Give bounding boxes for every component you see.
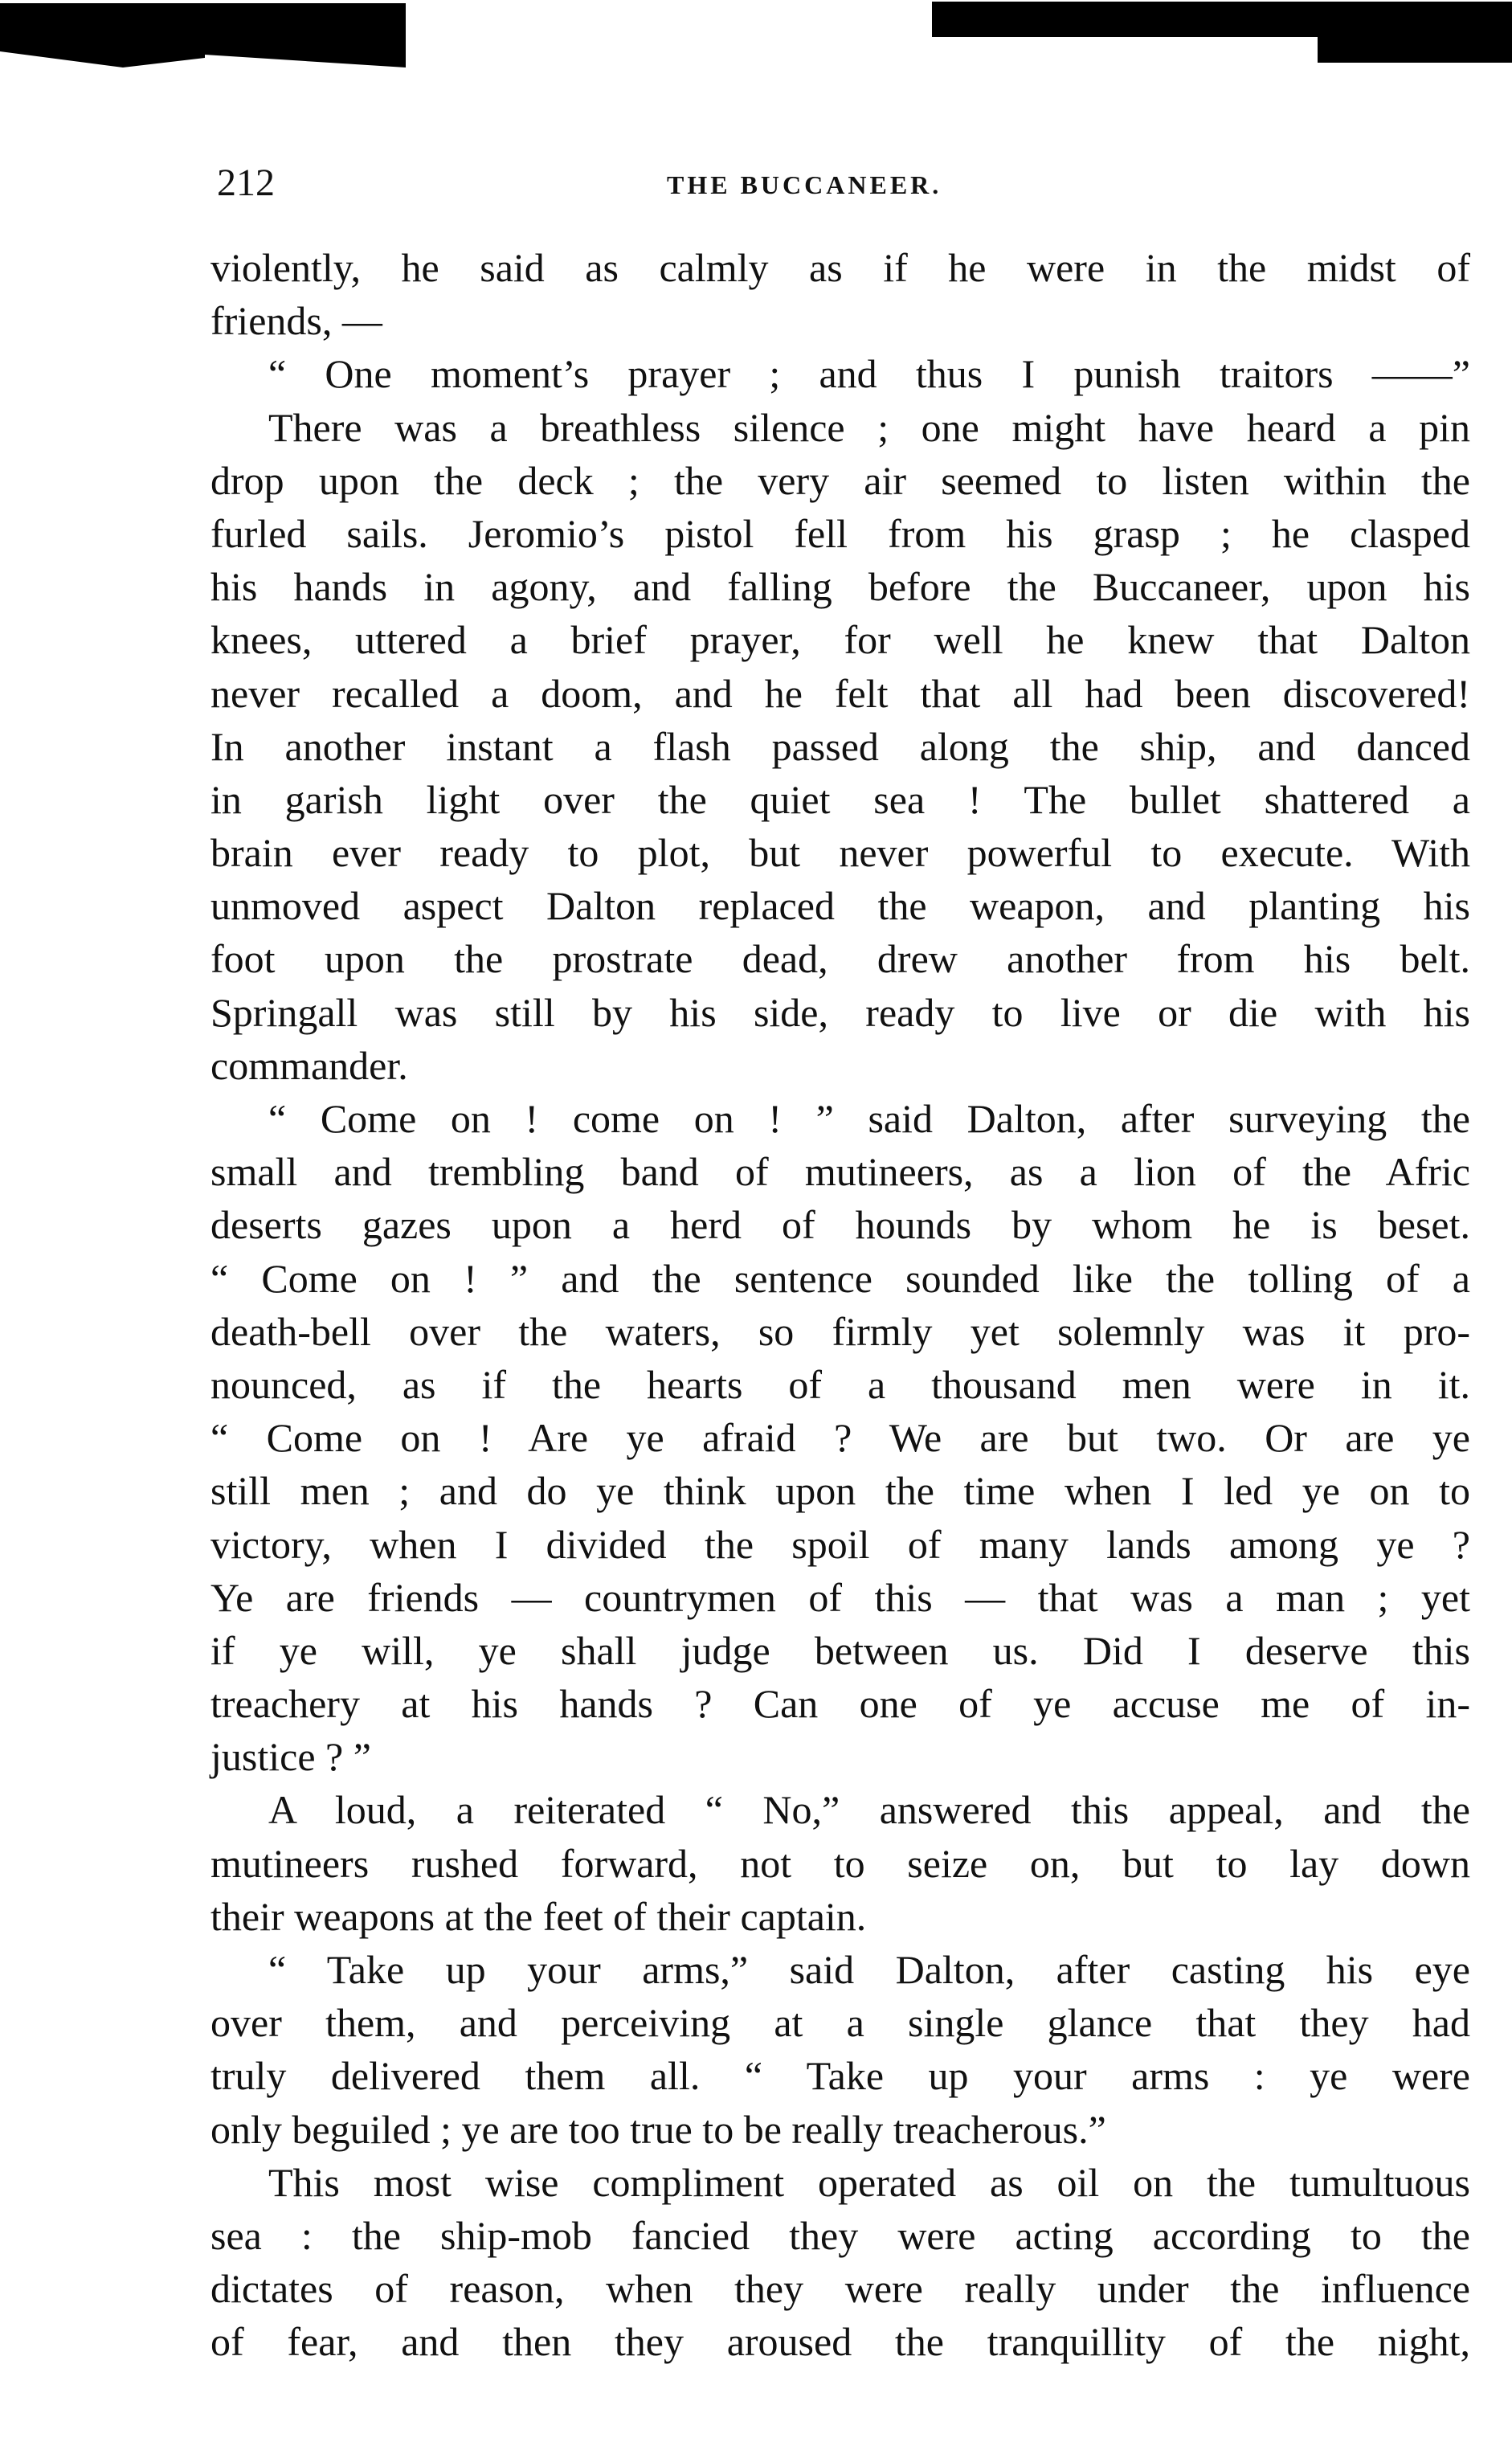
- text-line: over them, and perceiving at a single gl…: [210, 1996, 1470, 2049]
- text-line: This most wise compliment operated as oi…: [210, 2156, 1470, 2209]
- text-line: foot upon the prostrate dead, drew anoth…: [210, 932, 1470, 985]
- text-line: sea : the ship-mob fancied they were act…: [210, 2209, 1470, 2262]
- scan-edge-left-inner: [205, 3, 406, 67]
- text-line: justice ? ”: [210, 1730, 1470, 1783]
- text-line: furled sails. Jeromio’s pistol fell from…: [210, 507, 1470, 560]
- text-line: treachery at his hands ? Can one of ye a…: [210, 1677, 1470, 1730]
- text-line: brain ever ready to plot, but never powe…: [210, 826, 1470, 879]
- text-line: their weapons at the feet of their capta…: [210, 1890, 1470, 1943]
- text-line: nounced, as if the hearts of a thousand …: [210, 1358, 1470, 1411]
- text-line: mutineers rushed forward, not to seize o…: [210, 1837, 1470, 1890]
- text-line: violently, he said as calmly as if he we…: [210, 241, 1470, 294]
- text-line: in garish light over the quiet sea ! The…: [210, 773, 1470, 826]
- text-line: if ye will, ye shall judge between us. D…: [210, 1624, 1470, 1677]
- text-line: friends, —: [210, 294, 1470, 347]
- text-line: never recalled a doom, and he felt that …: [210, 667, 1470, 720]
- text-line: drop upon the deck ; the very air seemed…: [210, 454, 1470, 507]
- text-line: knees, uttered a brief prayer, for well …: [210, 613, 1470, 666]
- page-header: 212 THE BUCCANEER.: [217, 161, 1470, 217]
- text-line: Ye are friends — countrymen of this — th…: [210, 1571, 1470, 1624]
- text-line: small and trembling band of mutineers, a…: [210, 1145, 1470, 1198]
- text-line: “ Come on ! come on ! ” said Dalton, aft…: [210, 1092, 1470, 1145]
- text-line: only beguiled ; ye are too true to be re…: [210, 2103, 1470, 2156]
- text-line: deserts gazes upon a herd of hounds by w…: [210, 1198, 1470, 1251]
- text-line: “ Come on ! ” and the sentence sounded l…: [210, 1252, 1470, 1305]
- scan-edge-left: [0, 3, 205, 67]
- text-line: dictates of reason, when they were reall…: [210, 2262, 1470, 2315]
- text-line: “ Come on ! Are ye afraid ? We are but t…: [210, 1411, 1470, 1464]
- text-line: of fear, and then they aroused the tranq…: [210, 2315, 1470, 2368]
- text-line: unmoved aspect Dalton replaced the weapo…: [210, 879, 1470, 932]
- text-line: “ Take up your arms,” said Dalton, after…: [210, 1943, 1470, 1996]
- body-text: violently, he said as calmly as if he we…: [210, 241, 1470, 2369]
- text-line: A loud, a reiterated “ No,” answered thi…: [210, 1783, 1470, 1836]
- text-line: There was a breathless silence ; one mig…: [210, 401, 1470, 454]
- page-number: 212: [217, 161, 275, 205]
- scan-edge-right-corner: [1318, 32, 1512, 63]
- text-line: “ One moment’s prayer ; and thus I punis…: [210, 347, 1470, 400]
- text-line: truly delivered them all. “ Take up your…: [210, 2049, 1470, 2102]
- text-line: In another instant a flash passed along …: [210, 720, 1470, 773]
- text-line: death-bell over the waters, so firmly ye…: [210, 1305, 1470, 1358]
- text-line: his hands in agony, and falling before t…: [210, 560, 1470, 613]
- text-line: Springall was still by his side, ready t…: [210, 986, 1470, 1039]
- text-line: still men ; and do ye think upon the tim…: [210, 1464, 1470, 1517]
- text-line: victory, when I divided the spoil of man…: [210, 1518, 1470, 1571]
- running-title: THE BUCCANEER.: [667, 170, 942, 200]
- text-line: commander.: [210, 1039, 1470, 1092]
